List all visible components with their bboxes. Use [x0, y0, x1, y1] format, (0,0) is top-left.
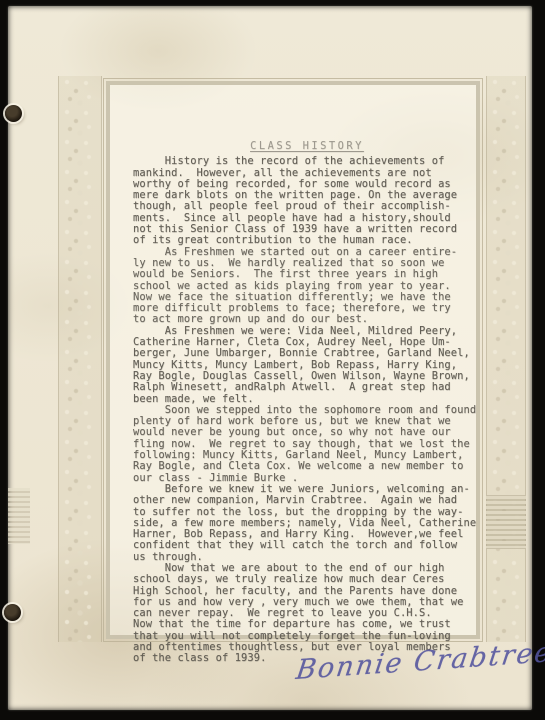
album-page: CLASS HISTORY History is the record of t…: [8, 6, 532, 710]
floral-border-right: [486, 76, 526, 642]
punch-hole-top: [5, 105, 22, 122]
border-stripe-break: [486, 495, 526, 549]
scan-background: CLASS HISTORY History is the record of t…: [0, 0, 545, 720]
floral-border-left: [58, 76, 102, 642]
edge-deckle-stripes: [8, 488, 30, 544]
paragraph: Soon we stepped into the sophomore room …: [133, 405, 481, 484]
page-title: CLASS HISTORY: [133, 141, 481, 152]
paragraph: History is the record of the achievement…: [133, 156, 481, 246]
typed-text-block: CLASS HISTORY History is the record of t…: [133, 141, 481, 665]
paragraph: As Freshmen we were: Vida Neel, Mildred …: [133, 326, 481, 405]
paragraph: As Freshmen we started out on a career e…: [133, 247, 481, 326]
punch-hole-bottom: [4, 604, 21, 621]
paragraph: Before we knew it we were Juniors, welco…: [133, 484, 481, 563]
